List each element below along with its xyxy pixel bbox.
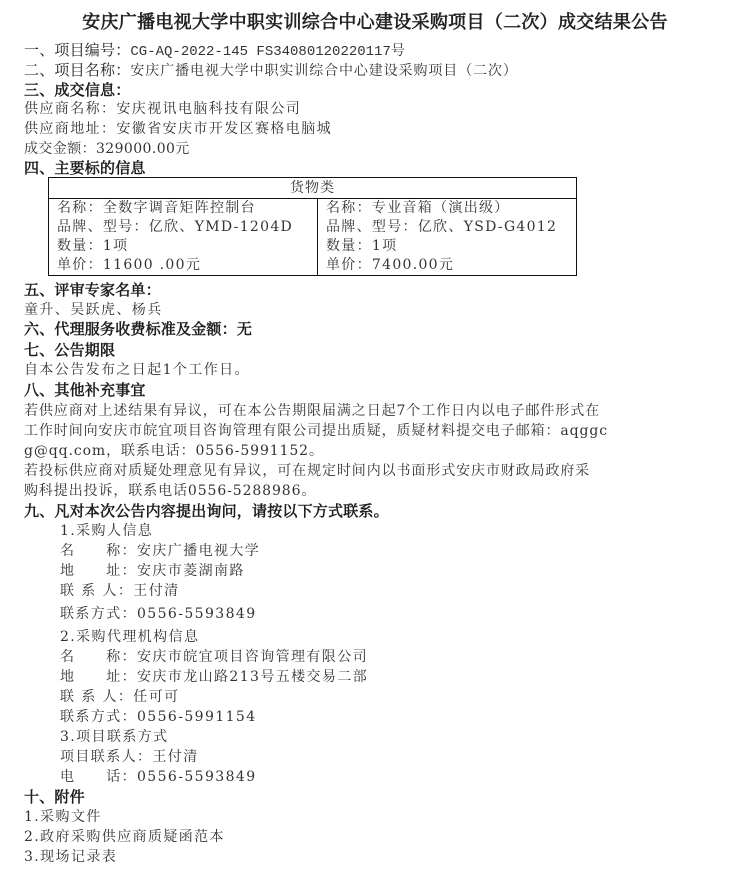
project-number-row: 一、项目编号：CG-AQ-2022-145 FS34080120220117号 [24, 39, 405, 60]
attachment-item[interactable]: 2.政府采购供应商质疑函范本 [24, 826, 225, 846]
purchaser-name: 名 称：安庆广播电视大学 [60, 540, 260, 560]
supplement-line: g@qq.com，联系电话：0556-5991152。 [24, 440, 324, 460]
purchaser-info-title: 1.采购人信息 [60, 520, 153, 540]
notice-period: 自本公告发布之日起1个工作日。 [24, 359, 250, 379]
goods-item-name: 名称：专业音箱（演出级） [318, 199, 576, 218]
goods-item-name: 名称：全数字调音矩阵控制台 [49, 199, 317, 218]
section-5-heading: 五、评审专家名单： [24, 279, 161, 300]
purchaser-contact: 联 系 人：王付清 [60, 580, 180, 600]
section-3-heading: 三、成交信息： [24, 79, 130, 100]
section-9-heading: 九、凡对本次公告内容提出询问，请按以下方式联系。 [24, 500, 389, 521]
project-contact-title: 3.项目联系方式 [60, 726, 169, 746]
goods-item-2: 名称：专业音箱（演出级） 品牌、型号：亿欣、YSD-G4012 数量：1项 单价… [318, 199, 576, 275]
section-8-heading: 八、其他补充事宜 [24, 379, 146, 400]
section-1-heading: 一、项目编号： [24, 41, 130, 59]
section-6-heading: 六、代理服务收费标准及金额： [24, 320, 237, 338]
project-name-row: 二、项目名称：安庆广播电视大学中职实训综合中心建设采购项目（二次） [24, 59, 518, 80]
supplement-line: 工作时间向安庆市皖宜项目咨询管理有限公司提出质疑，质疑材料提交电子邮箱：aqgg… [24, 420, 608, 440]
goods-item-unit-price: 单价：11600 .00元 [49, 256, 317, 275]
expert-list: 童升、吴跃虎、杨兵 [24, 299, 163, 319]
attachment-item[interactable]: 3.现场记录表 [24, 846, 117, 866]
purchaser-address: 地 址：安庆市菱湖南路 [60, 560, 245, 580]
agency-phone: 联系方式：0556-5991154 [60, 706, 257, 726]
page-title: 安庆广播电视大学中职实训综合中心建设采购项目（二次）成交结果公告 [0, 8, 750, 34]
goods-table-header: 货物类 [49, 178, 576, 199]
section-10-heading: 十、附件 [24, 786, 85, 807]
project-number-value: CG-AQ-2022-145 FS34080120220117号 [130, 44, 404, 60]
supplier-address: 供应商地址：安徽省安庆市开发区赛格电脑城 [24, 118, 332, 138]
goods-item-brand-model: 品牌、型号：亿欣、YSD-G4012 [318, 218, 576, 237]
section-4-heading: 四、主要标的信息 [24, 157, 146, 178]
supplement-line: 若供应商对上述结果有异议，可在本公告期限届满之日起7个工作日内以电子邮件形式在 [24, 400, 600, 420]
goods-item-1: 名称：全数字调音矩阵控制台 品牌、型号：亿欣、YMD-1204D 数量：1项 单… [49, 199, 318, 275]
purchaser-phone: 联系方式：0556-5593849 [60, 603, 257, 623]
agency-fee-row: 六、代理服务收费标准及金额：无 [24, 318, 252, 339]
goods-table: 货物类 名称：全数字调音矩阵控制台 品牌、型号：亿欣、YMD-1204D 数量：… [48, 177, 577, 276]
agency-contact: 联 系 人：任可可 [60, 686, 180, 706]
goods-item-brand-model: 品牌、型号：亿欣、YMD-1204D [49, 218, 317, 237]
project-contact-phone: 电 话：0556-5593849 [60, 766, 257, 786]
section-7-heading: 七、公告期限 [24, 339, 115, 360]
agency-name: 名 称：安庆市皖宜项目咨询管理有限公司 [60, 646, 368, 666]
goods-item-quantity: 数量：1项 [49, 237, 317, 256]
attachment-item[interactable]: 1.采购文件 [24, 806, 102, 826]
project-name-value: 安庆广播电视大学中职实训综合中心建设采购项目（二次） [130, 63, 517, 79]
agency-address: 地 址：安庆市龙山路213号五楼交易二部 [60, 666, 368, 686]
agency-fee-value: 无 [237, 320, 252, 338]
supplement-line: 若投标供应商对质疑处理意见有异议，可在规定时间内以书面形式安庆市财政局政府采 [24, 460, 590, 480]
section-2-heading: 二、项目名称： [24, 61, 130, 79]
project-contact-person: 项目联系人：王付清 [60, 746, 199, 766]
supplier-name: 供应商名称：安庆视讯电脑科技有限公司 [24, 98, 301, 118]
agency-info-title: 2.采购代理机构信息 [60, 626, 199, 646]
goods-item-unit-price: 单价：7400.00元 [318, 256, 576, 275]
supplement-line: 购科提出投诉，联系电话0556-5288986。 [24, 480, 316, 500]
deal-amount: 成交金额：329000.00元 [24, 138, 190, 158]
goods-item-quantity: 数量：1项 [318, 237, 576, 256]
